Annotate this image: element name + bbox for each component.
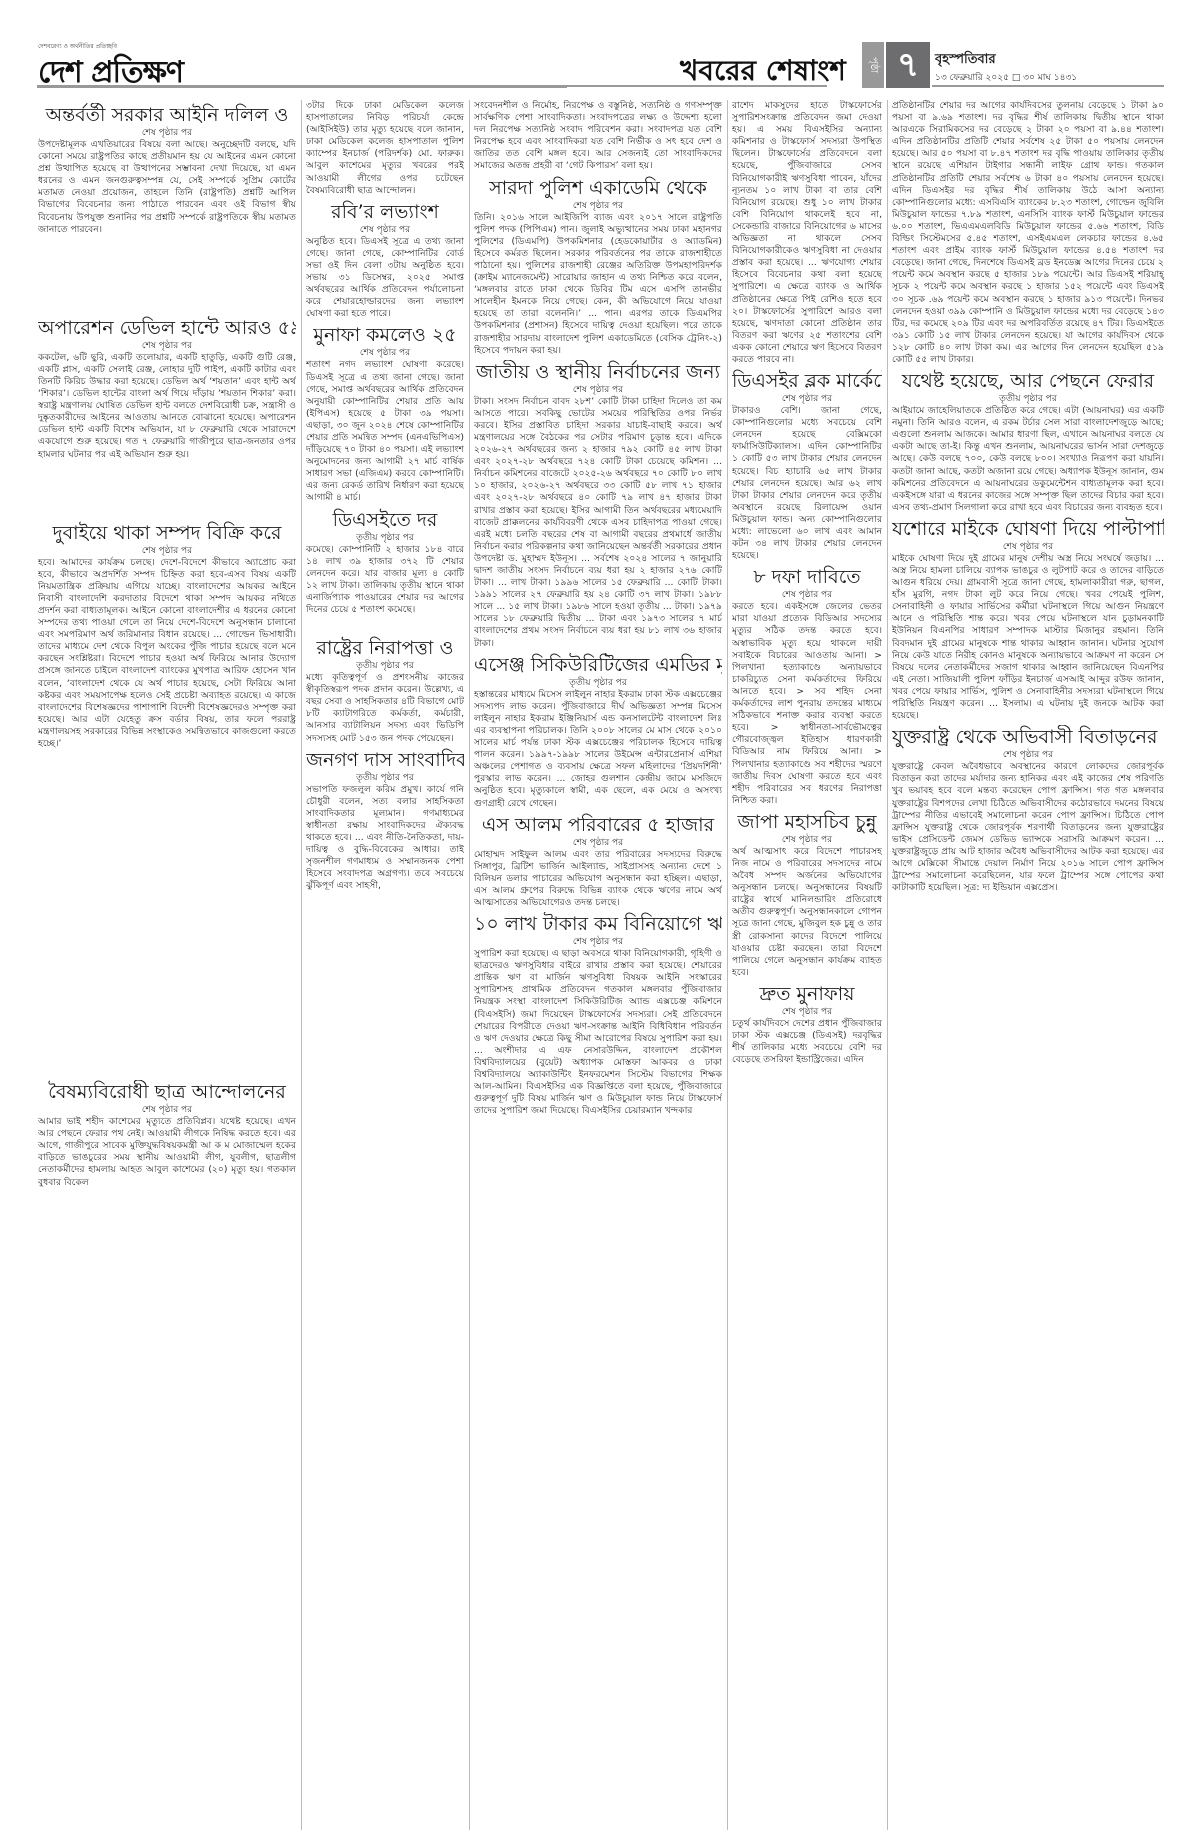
article-headline[interactable]: ৮ দফা দাবিতে — [732, 565, 882, 589]
article-body: তিনি। ২০১৬ সালে আইজিপি ব্যাজ এবং ২০১৭ সা… — [474, 212, 722, 357]
article: ৮ দফা দাবিতে শেষ পৃষ্ঠার পর করতে হবে। এক… — [732, 565, 882, 807]
article-body: অনুষ্ঠিত হবে। ডিএসই সূত্রে এ তথ্য জানা গ… — [306, 236, 464, 321]
article-body: রাশেদ মাকসুদের হাতে টাস্কফোর্সের সুপারিশ… — [732, 100, 882, 366]
newspaper-logo[interactable]: দেশ প্রতিক্ষণ — [38, 48, 183, 99]
article-body: হস্তান্তরের মাধ্যমে মিসেস লাইলুন নাহার ই… — [474, 689, 722, 810]
article-headline[interactable]: জাতীয় ও স্থানীয় নির্বাচনের জন্য — [474, 360, 722, 384]
article: দুবাইয়ে থাকা সম্পদ বিক্রি করে শেষ পৃষ্ঠ… — [38, 521, 296, 751]
article-headline[interactable]: রাষ্ট্রের নিরাপত্তা ও — [306, 636, 464, 660]
continued-label: শেষ পৃষ্ঠার পর — [474, 200, 722, 212]
article-body: আমার ভাই শহীদ কাশেমের মৃত্যুতে প্রতিবিপ্… — [38, 1116, 296, 1189]
article-body: অর্থ আত্মসাৎ করে বিদেশে পাচারসহ নিজ নামে… — [732, 846, 882, 979]
page-label: পৃষ্ঠা — [862, 42, 884, 88]
article: বৈষম্যবিরোধী ছাত্র আন্দোলনের শেষ পৃষ্ঠার… — [38, 1080, 296, 1189]
article: এস আলম পরিবারের ৫ হাজার শেষ পৃষ্ঠার পর ম… — [474, 813, 722, 909]
continued-label: শেষ পৃষ্ঠার পর — [892, 749, 1164, 761]
continued-label: তৃতীয় পৃষ্ঠার পর — [306, 660, 464, 672]
article: যথেষ্ট হয়েছে, আর পেছনে ফেরার তৃতীয় পৃষ… — [892, 369, 1164, 514]
article-headline[interactable]: ডিএসইর ব্লক মার্কেটে — [732, 369, 882, 393]
masthead: দেশবরেণ্য ও অর্থনীতির প্রতিচ্ছবি দেশ প্র… — [0, 0, 1200, 95]
continued-label: শেষ পৃষ্ঠার পর — [38, 545, 296, 557]
continued-label: তৃতীয় পৃষ্ঠার পর — [306, 532, 464, 544]
continued-label: শেষ পৃষ্ঠার পর — [306, 347, 464, 359]
article-body: প্রতিষ্ঠানটির শেয়ার দর আগের কার্যদিবসের… — [892, 100, 1164, 366]
column-divider — [301, 100, 302, 1830]
masthead-rule-left — [37, 85, 567, 88]
article-body: কমেছে। কোম্পানিটি ২ হাজার ১৮৪ বারে ১৪ লা… — [306, 544, 464, 617]
article-headline[interactable]: যথেষ্ট হয়েছে, আর পেছনে ফেরার — [892, 369, 1164, 393]
article-headline[interactable]: মুনাফা কমলেও ২৫ — [306, 323, 464, 347]
column-1: অন্তর্বর্তী সরকার আইনি দলিল ও শেষ পৃষ্ঠা… — [38, 100, 296, 1840]
continued-label: শেষ পৃষ্ঠার পর — [732, 1006, 882, 1018]
article: জাতীয় ও স্থানীয় নির্বাচনের জন্য শেষ পৃ… — [474, 360, 722, 650]
continued-label: শেষ পৃষ্ঠার পর — [474, 837, 722, 849]
article-body: চতুর্থ কার্যদিবসে দেশের প্রধান পুঁজিবাজা… — [732, 1018, 882, 1066]
article-body: ৩টার দিকে ঢাকা মেডিকেল কলেজ হাসপাতালের ন… — [306, 100, 464, 197]
article-headline[interactable]: দ্রুত মুনাফায় — [732, 982, 882, 1006]
article-body: সংবেদনশীল ও নির্মোহ, নিরপেক্ষ ও বস্তুনিষ… — [474, 100, 722, 173]
continued-label: শেষ পৃষ্ঠার পর — [306, 224, 464, 236]
continued-label: শেষ পৃষ্ঠার পর — [732, 589, 882, 601]
article-body: সুপারিশ করা হয়েছে। এ ছাড়া অবসরে থাকা ব… — [474, 948, 722, 1117]
section-title: খবরের শেষাংশ — [680, 49, 846, 96]
column-divider — [887, 100, 888, 1830]
continued-label: শেষ পৃষ্ঠার পর — [38, 1104, 296, 1116]
article: ১০ লাখ টাকার কম বিনিয়োগে ঋণ শেষ পৃষ্ঠার… — [474, 912, 722, 1117]
article-body: মাইকে ঘোষণা দিয়ে দুই গ্রামের মানুষ দেশী… — [892, 553, 1164, 722]
masthead-rule-right — [932, 85, 1164, 87]
continued-label: শেষ পৃষ্ঠার পর — [38, 127, 296, 139]
article: যুক্তরাষ্ট্র থেকে অভিবাসী বিতাড়নের শেষ … — [892, 725, 1164, 894]
column-4: রাশেদ মাকসুদের হাতে টাস্কফোর্সের সুপারিশ… — [732, 100, 882, 1840]
continued-label: শেষ পৃষ্ঠার পর — [474, 384, 722, 396]
article-body: করতে হবে। একইসঙ্গে জেলের ভেতর মারা যাওয়… — [732, 601, 882, 807]
article-body: উপদেষ্টামূলক এখতিয়ারের বিষয়ে বলা আছে। … — [38, 139, 296, 236]
article: দ্রুত মুনাফায় শেষ পৃষ্ঠার পর চতুর্থ কার… — [732, 982, 882, 1066]
article-headline[interactable]: যুক্তরাষ্ট্র থেকে অভিবাসী বিতাড়নের শেষ — [892, 725, 1164, 749]
column-divider — [469, 100, 470, 1830]
date-line: ১৩ ফেব্রুয়ারি ২০২৫ □ ৩০ মাঘ ১৪৩১ — [935, 70, 1077, 85]
article-headline[interactable]: জনগণ দাস সাংবাদিকতাকে — [306, 748, 464, 772]
article-headline[interactable]: যশোরে মাইকে ঘোষণা দিয়ে পাল্টাপাল্টি — [892, 517, 1164, 541]
article-body: মোহাম্মদ সাইফুল আলম এবং তার পরিবারের সদস… — [474, 849, 722, 909]
article: ডিএসইর ব্লক মার্কেটে শেষ পৃষ্ঠার পর টাকা… — [732, 369, 882, 562]
article: রাষ্ট্রের নিরাপত্তা ও তৃতীয় পৃষ্ঠার পর … — [306, 636, 464, 745]
article: যশোরে মাইকে ঘোষণা দিয়ে পাল্টাপাল্টি শেষ… — [892, 517, 1164, 722]
continued-label: শেষ পৃষ্ঠার পর — [732, 393, 882, 405]
article: এসেঞ্জ সিকিউরিটিজের এমডির মৃত্যুতে তৃতীয… — [474, 653, 722, 810]
article: অপারেশন ডেভিল হান্টে আরও ৫৯১ জন শেষ পৃষ্… — [38, 316, 296, 461]
article-body: সভাপতি ফজলুল করিম প্রমুখ। কার্যে গনি চৌধ… — [306, 784, 464, 893]
article-headline[interactable]: অপারেশন ডেভিল হান্টে আরও ৫৯১ জন — [38, 316, 296, 340]
continued-label: তৃতীয় পৃষ্ঠার পর — [474, 677, 722, 689]
article: রবি’র লভ্যাংশ শেষ পৃষ্ঠার পর অনুষ্ঠিত হব… — [306, 200, 464, 321]
article-body: আইয়ামে জাহেলিয়াতকে প্রতিষ্ঠিত করে গেছে… — [892, 405, 1164, 514]
continued-label: শেষ পৃষ্ঠার পর — [474, 936, 722, 948]
continued-label: শেষ পৃষ্ঠার পর — [732, 834, 882, 846]
column-2: ৩টার দিকে ঢাকা মেডিকেল কলেজ হাসপাতালের ন… — [306, 100, 464, 1840]
article-headline[interactable]: অন্তর্বর্তী সরকার আইনি দলিল ও — [38, 103, 296, 127]
article: অন্তর্বর্তী সরকার আইনি দলিল ও শেষ পৃষ্ঠা… — [38, 103, 296, 236]
article-headline[interactable]: এসেঞ্জ সিকিউরিটিজের এমডির মৃত্যুতে — [474, 653, 722, 677]
column-5: প্রতিষ্ঠানটির শেয়ার দর আগের কার্যদিবসের… — [892, 100, 1164, 1840]
page-number: ৭ — [886, 42, 930, 88]
column-3: সংবেদনশীল ও নির্মোহ, নিরপেক্ষ ও বস্তুনিষ… — [474, 100, 722, 1840]
article: মুনাফা কমলেও ২৫ শেষ পৃষ্ঠার পর শতাংশ নগদ… — [306, 323, 464, 504]
article-headline[interactable]: জাপা মহাসচিব চুন্নু — [732, 810, 882, 834]
continued-label: শেষ পৃষ্ঠার পর — [892, 541, 1164, 553]
article-headline[interactable]: রবি’র লভ্যাংশ — [306, 200, 464, 224]
article-body: ককটেল, ৬টি ছুরি, একটি তলোয়ার, একটি হাতু… — [38, 352, 296, 461]
article-body: টাকা। সংসদ নির্বাচন বাবদ ২৮শ’ কোটি টাকা … — [474, 396, 722, 650]
article-headline[interactable]: সারদা পুলিশ একাডেমি থেকে — [474, 176, 722, 200]
continued-label: তৃতীয় পৃষ্ঠার পর — [306, 772, 464, 784]
article: ডিএসইতে দর তৃতীয় পৃষ্ঠার পর কমেছে। কোম্… — [306, 508, 464, 617]
article: জাপা মহাসচিব চুন্নু শেষ পৃষ্ঠার পর অর্থ … — [732, 810, 882, 979]
article-body: যুক্তরাষ্ট্রে কেবল অবৈধভাবে অবস্থানের কা… — [892, 761, 1164, 894]
article-body: শতাংশ নগদ লভ্যাংশ ঘোষণা করেছে। ডিএসই সূত… — [306, 359, 464, 504]
continued-label: শেষ পৃষ্ঠার পর — [38, 340, 296, 352]
article-headline[interactable]: এস আলম পরিবারের ৫ হাজার — [474, 813, 722, 837]
article-headline[interactable]: ১০ লাখ টাকার কম বিনিয়োগে ঋণ — [474, 912, 722, 936]
column-divider — [727, 100, 728, 1830]
article-headline[interactable]: বৈষম্যবিরোধী ছাত্র আন্দোলনের — [38, 1080, 296, 1104]
continued-label: তৃতীয় পৃষ্ঠার পর — [892, 393, 1164, 405]
article-headline[interactable]: ডিএসইতে দর — [306, 508, 464, 532]
article: জনগণ দাস সাংবাদিকতাকে তৃতীয় পৃষ্ঠার পর … — [306, 748, 464, 893]
article-headline[interactable]: দুবাইয়ে থাকা সম্পদ বিক্রি করে — [38, 521, 296, 545]
article-body: টাকারও বেশি। জানা গেছে, কোম্পানিগুলোর মধ… — [732, 405, 882, 562]
weekday: বৃহস্পতিবার — [935, 50, 996, 71]
article-body: হবে। আমাদের কার্যক্রম চলছে। দেশে-বিদেশে … — [38, 557, 296, 751]
article: সারদা পুলিশ একাডেমি থেকে শেষ পৃষ্ঠার পর … — [474, 176, 722, 357]
article-body: মধ্যে কৃতিত্বপূর্ণ ও প্রশংসনীয় কাজের স্… — [306, 672, 464, 745]
